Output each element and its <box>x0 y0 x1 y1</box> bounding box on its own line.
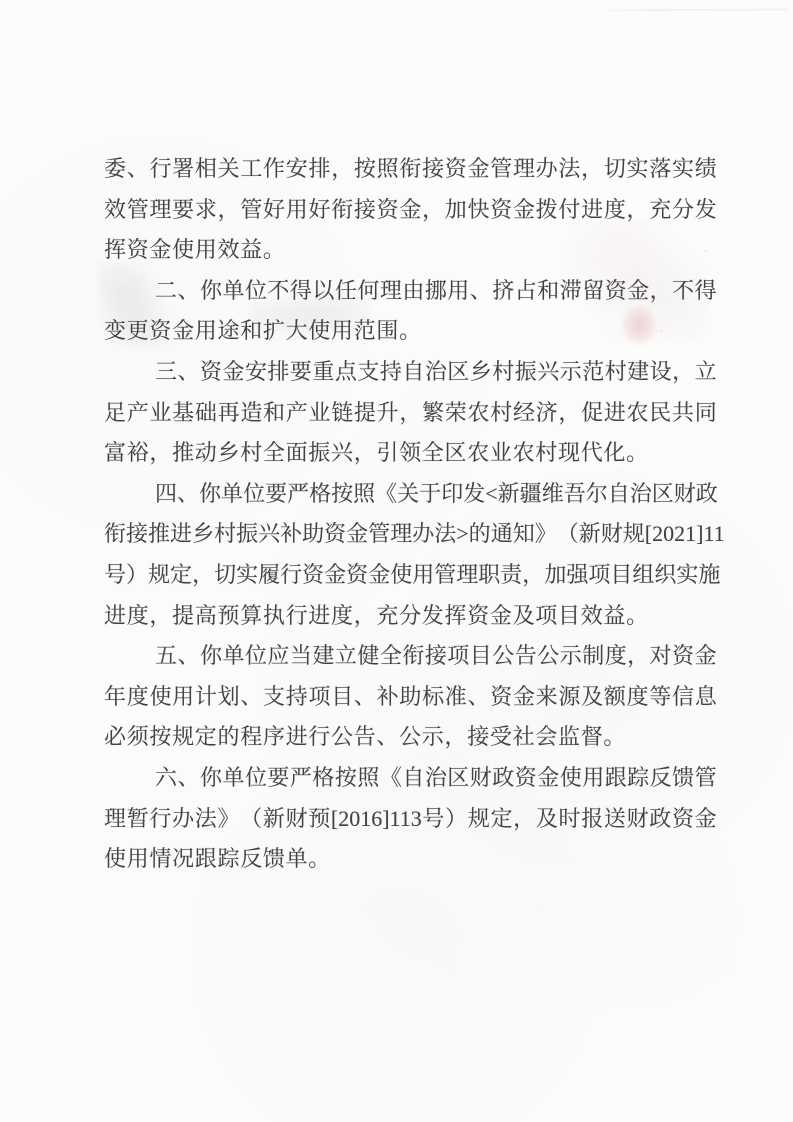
text-line: 足产业基础再造和产业链提升，繁荣农村经济，促进农民共同 <box>104 393 717 434</box>
text-line: 富裕，推动乡村全面振兴，引领全区农业农村现代化。 <box>104 433 717 474</box>
text-line: 使用情况跟踪反馈单。 <box>104 839 717 880</box>
text-line: 委、行署相关工作安排，按照衔接资金管理办法，切实落实绩 <box>104 149 717 190</box>
text-line: 衔接推进乡村振兴补助资金管理办法>的通知》（新财规[2021]11 <box>104 514 717 555</box>
scan-artifact-speckles <box>0 0 2 2</box>
text-line: 挥资金使用效益。 <box>104 230 717 271</box>
text-line: 效管理要求，管好用好衔接资金，加快资金拨付进度，充分发 <box>104 190 717 231</box>
text-line: 三、资金安排要重点支持自治区乡村振兴示范村建设，立 <box>104 352 717 393</box>
text-line: 理暂行办法》（新财预[2016]113 号）规定，及时报送财政资金 <box>104 799 717 840</box>
scan-artifact-top-edge-line <box>588 8 788 11</box>
text-line: 六、你单位要严格按照《自治区财政资金使用跟踪反馈管 <box>104 758 717 799</box>
text-line: 年度使用计划、支持项目、补助标准、资金来源及额度等信息 <box>104 677 717 718</box>
text-line: 进度，提高预算执行进度，充分发挥资金及项目效益。 <box>104 596 717 637</box>
scanned-page: 委、行署相关工作安排，按照衔接资金管理办法，切实落实绩效管理要求，管好用好衔接资… <box>0 0 793 1122</box>
text-line: 四、你单位要严格按照《关于印发<新疆维吾尔自治区财政 <box>104 474 717 515</box>
text-line: 必须按规定的程序进行公告、公示，接受社会监督。 <box>104 717 717 758</box>
text-line: 变更资金用途和扩大使用范围。 <box>104 311 717 352</box>
text-line: 二、你单位不得以任何理由挪用、挤占和滞留资金，不得 <box>104 271 717 312</box>
document-body: 委、行署相关工作安排，按照衔接资金管理办法，切实落实绩效管理要求，管好用好衔接资… <box>104 149 717 880</box>
text-line: 号）规定，切实履行资金资金使用管理职责，加强项目组织实施 <box>104 555 717 596</box>
text-line: 五、你单位应当建立健全衔接项目公告公示制度，对资金 <box>104 636 717 677</box>
